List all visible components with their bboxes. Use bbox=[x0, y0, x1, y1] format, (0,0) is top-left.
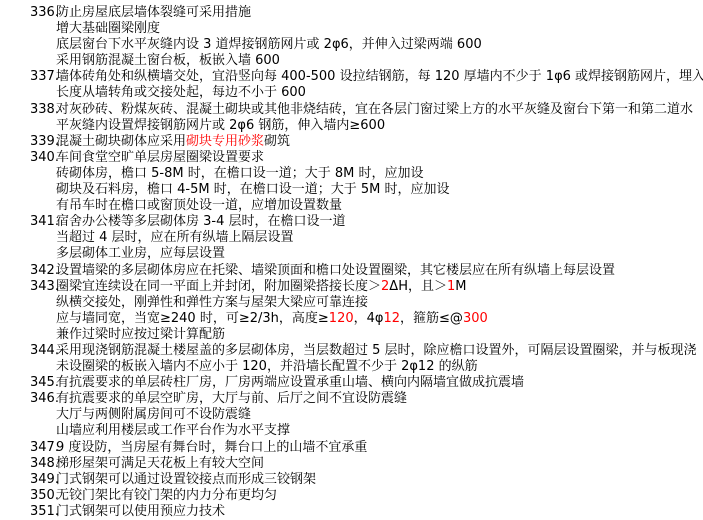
item-number: 337. bbox=[30, 69, 56, 85]
item-number: 339. bbox=[30, 134, 56, 150]
text-segment: M bbox=[455, 279, 466, 294]
item-number: 340. bbox=[30, 150, 56, 166]
numbered-list: 336.防止房屋底层墙体裂缝可采用措施增大基础圈梁刚度底层窗台下水平灰缝内设 3… bbox=[30, 5, 703, 520]
text-segment: 宿舍办公楼等多层砌体房 3-4 层时，在檐口设一道 bbox=[56, 214, 346, 229]
list-item: 337.墙体砖角处和纵横墙交处，宜沿竖向每 400-500 设拉结钢筋，每 12… bbox=[30, 69, 703, 101]
list-item-line: 349.门式钢架可以通过设置铰接点而形成三铰钢架 bbox=[30, 472, 703, 488]
list-item-line: 纵横交接处，刚弹性和弹性方案与屋架大梁应可靠连接 bbox=[30, 295, 703, 311]
list-item: 345.有抗震要求的单层砖柱厂房，厂房两端应设置承重山墙、横向内隔墙宜做成抗震墙 bbox=[30, 375, 703, 391]
text-segment: 9 度设防，当房屋有舞台时，舞台口上的山墙不宜承重 bbox=[56, 440, 367, 455]
text-segment: 多层砌体工业房，应每层设置 bbox=[56, 246, 225, 261]
list-item: 342.设置墙梁的多层砌体房应在托梁、墙梁顶面和檐口处设置圈梁，其它楼层应在所有… bbox=[30, 263, 703, 279]
text-segment: 底层窗台下水平灰缝内设 3 道焊接钢筋网片或 2φ6，并伸入过梁两端 600 bbox=[56, 37, 482, 52]
list-item-line: 340.车间食堂空旷单层房屋圈梁设置要求 bbox=[30, 150, 703, 166]
list-item-line: 应与墙同宽，当宽≥240 时，可≥2/3h，高度≥120，4φ12，箍筋≤@30… bbox=[30, 311, 703, 327]
list-item-line: 底层窗台下水平灰缝内设 3 道焊接钢筋网片或 2φ6，并伸入过梁两端 600 bbox=[30, 37, 703, 53]
list-item-line: 砖砌体房，檐口 5-8M 时，在檐口设一道；大于 8M 时，应加设 bbox=[30, 166, 703, 182]
text-segment: 砖砌体房，檐口 5-8M 时，在檐口设一道；大于 8M 时，应加设 bbox=[56, 166, 423, 181]
item-number: 342. bbox=[30, 263, 56, 279]
text-segment: 混凝土砌块砌体应采用 bbox=[56, 134, 186, 149]
list-item-line: 345.有抗震要求的单层砖柱厂房，厂房两端应设置承重山墙、横向内隔墙宜做成抗震墙 bbox=[30, 375, 703, 391]
document-page: 336.防止房屋底层墙体裂缝可采用措施增大基础圈梁刚度底层窗台下水平灰缝内设 3… bbox=[0, 0, 703, 520]
item-number: 349. bbox=[30, 472, 56, 488]
item-number: 348. bbox=[30, 456, 56, 472]
text-segment: 车间食堂空旷单层房屋圈梁设置要求 bbox=[56, 150, 264, 165]
text-segment: 平灰缝内设置焊接钢筋网片或 2φ6 钢筋，伸入墙内≥600 bbox=[56, 118, 385, 133]
list-item-line: 有吊车时在檐口或窗顶处设一道，应增加设置数量 bbox=[30, 198, 703, 214]
list-item: 339.混凝土砌块砌体应采用砌块专用砂浆砌筑 bbox=[30, 134, 703, 150]
list-item-line: 343.圈梁宜连续设在同一平面上并封闭，附加圈梁搭接长度＞2ΔH，且＞1M bbox=[30, 279, 703, 295]
text-segment: 砌筑 bbox=[264, 134, 290, 149]
list-item: 338.对灰砂砖、粉煤灰砖、混凝土砌块或其他非烧结砖，宜在各层门窗过梁上方的水平… bbox=[30, 102, 703, 134]
text-segment: 砌块及石料房，檐口 4-5M 时，在檐口设一道；大于 5M 时，应加设 bbox=[56, 182, 449, 197]
list-item-line: 多层砌体工业房，应每层设置 bbox=[30, 246, 703, 262]
list-item-line: 长度从墙转角或交接处起，每边不小于 600 bbox=[30, 85, 703, 101]
highlight-text: 300 bbox=[463, 311, 488, 326]
list-item-line: 当超过 4 层时，应在所有纵墙上隔层设置 bbox=[30, 230, 703, 246]
list-item: 351.门式钢架可以使用预应力技术 bbox=[30, 504, 703, 520]
list-item-line: 采用钢筋混凝土窗台板，板嵌入墙 600 bbox=[30, 53, 703, 69]
item-number: 338. bbox=[30, 102, 56, 118]
text-segment: 墙体砖角处和纵横墙交处，宜沿竖向每 400-500 设拉结钢筋，每 120 厚墙… bbox=[56, 69, 703, 84]
item-number: 347. bbox=[30, 440, 56, 456]
text-segment: ，4φ bbox=[354, 311, 384, 326]
list-item: 341.宿舍办公楼等多层砌体房 3-4 层时，在檐口设一道当超过 4 层时，应在… bbox=[30, 214, 703, 262]
list-item: 340.车间食堂空旷单层房屋圈梁设置要求砖砌体房，檐口 5-8M 时，在檐口设一… bbox=[30, 150, 703, 214]
list-item-line: 350.无铰门架比有铰门架的内力分布更均匀 bbox=[30, 488, 703, 504]
list-item: 343.圈梁宜连续设在同一平面上并封闭，附加圈梁搭接长度＞2ΔH，且＞1M纵横交… bbox=[30, 279, 703, 343]
highlight-text: 砌块专用砂浆 bbox=[186, 134, 264, 149]
list-item-line: 351.门式钢架可以使用预应力技术 bbox=[30, 504, 703, 520]
text-segment: 有抗震要求的单层砖柱厂房，厂房两端应设置承重山墙、横向内隔墙宜做成抗震墙 bbox=[56, 375, 524, 390]
text-segment: 采用现浇钢筋混凝土楼屋盖的多层砌体房，当层数超过 5 层时，除应檐口设置外，可隔… bbox=[56, 343, 697, 358]
item-number: 343. bbox=[30, 279, 56, 295]
list-item-line: 增大基础圈梁刚度 bbox=[30, 21, 703, 37]
highlight-text: 1 bbox=[447, 279, 455, 294]
item-number: 351. bbox=[30, 504, 56, 520]
list-item: 336.防止房屋底层墙体裂缝可采用措施增大基础圈梁刚度底层窗台下水平灰缝内设 3… bbox=[30, 5, 703, 69]
item-number: 336. bbox=[30, 5, 56, 21]
list-item-line: 平灰缝内设置焊接钢筋网片或 2φ6 钢筋，伸入墙内≥600 bbox=[30, 118, 703, 134]
text-segment: 防止房屋底层墙体裂缝可采用措施 bbox=[56, 5, 251, 20]
list-item-line: 山墙应利用楼层或工作平台作为水平支撑 bbox=[30, 423, 703, 439]
text-segment: ΔH，且＞ bbox=[389, 279, 447, 294]
list-item-line: 339.混凝土砌块砌体应采用砌块专用砂浆砌筑 bbox=[30, 134, 703, 150]
list-item: 346.有抗震要求的单层空旷房，大厅与前、后厅之间不宜设防震缝大厅与两侧附属房间… bbox=[30, 391, 703, 439]
list-item-line: 未设圈梁的板嵌入墙内不应小于 120，并沿墙长配置不少于 2φ12 的纵筋 bbox=[30, 359, 703, 375]
highlight-text: 12 bbox=[383, 311, 400, 326]
list-item: 344.采用现浇钢筋混凝土楼屋盖的多层砌体房，当层数超过 5 层时，除应檐口设置… bbox=[30, 343, 703, 375]
text-segment: 长度从墙转角或交接处起，每边不小于 600 bbox=[56, 85, 306, 100]
text-segment: 增大基础圈梁刚度 bbox=[56, 21, 160, 36]
list-item-line: 342.设置墙梁的多层砌体房应在托梁、墙梁顶面和檐口处设置圈梁，其它楼层应在所有… bbox=[30, 263, 703, 279]
list-item-line: 大厅与两侧附属房间可不设防震缝 bbox=[30, 407, 703, 423]
text-segment: 有抗震要求的单层空旷房，大厅与前、后厅之间不宜设防震缝 bbox=[56, 391, 407, 406]
item-number: 346. bbox=[30, 391, 56, 407]
list-item-line: 341.宿舍办公楼等多层砌体房 3-4 层时，在檐口设一道 bbox=[30, 214, 703, 230]
text-segment: 无铰门架比有铰门架的内力分布更均匀 bbox=[56, 488, 277, 503]
item-number: 344. bbox=[30, 343, 56, 359]
text-segment: 门式钢架可以通过设置铰接点而形成三铰钢架 bbox=[56, 472, 316, 487]
list-item: 348.梯形屋架可满足天花板上有较大空间 bbox=[30, 456, 703, 472]
text-segment: 设置墙梁的多层砌体房应在托梁、墙梁顶面和檐口处设置圈梁，其它楼层应在所有纵墙上每… bbox=[56, 263, 615, 278]
text-segment: 圈梁宜连续设在同一平面上并封闭，附加圈梁搭接长度＞ bbox=[56, 279, 381, 294]
text-segment: 未设圈梁的板嵌入墙内不应小于 120，并沿墙长配置不少于 2φ12 的纵筋 bbox=[56, 359, 478, 374]
text-segment: 纵横交接处，刚弹性和弹性方案与屋架大梁应可靠连接 bbox=[56, 295, 368, 310]
text-segment: 山墙应利用楼层或工作平台作为水平支撑 bbox=[56, 423, 290, 438]
text-segment: 大厅与两侧附属房间可不设防震缝 bbox=[56, 407, 251, 422]
text-segment: 采用钢筋混凝土窗台板，板嵌入墙 600 bbox=[56, 53, 280, 68]
list-item: 349.门式钢架可以通过设置铰接点而形成三铰钢架 bbox=[30, 472, 703, 488]
list-item-line: 337.墙体砖角处和纵横墙交处，宜沿竖向每 400-500 设拉结钢筋，每 12… bbox=[30, 69, 703, 85]
text-segment: 兼作过梁时应按过梁计算配筋 bbox=[56, 327, 225, 342]
highlight-text: 120 bbox=[329, 311, 354, 326]
text-segment: 当超过 4 层时，应在所有纵墙上隔层设置 bbox=[56, 230, 294, 245]
text-segment: 应与墙同宽，当宽≥240 时，可≥2/3h，高度≥ bbox=[56, 311, 329, 326]
item-number: 345. bbox=[30, 375, 56, 391]
list-item-line: 346.有抗震要求的单层空旷房，大厅与前、后厅之间不宜设防震缝 bbox=[30, 391, 703, 407]
list-item-line: 344.采用现浇钢筋混凝土楼屋盖的多层砌体房，当层数超过 5 层时，除应檐口设置… bbox=[30, 343, 703, 359]
list-item: 350.无铰门架比有铰门架的内力分布更均匀 bbox=[30, 488, 703, 504]
text-segment: 梯形屋架可满足天花板上有较大空间 bbox=[56, 456, 264, 471]
list-item-line: 338.对灰砂砖、粉煤灰砖、混凝土砌块或其他非烧结砖，宜在各层门窗过梁上方的水平… bbox=[30, 102, 703, 118]
text-segment: 有吊车时在檐口或窗顶处设一道，应增加设置数量 bbox=[56, 198, 342, 213]
list-item-line: 347.9 度设防，当房屋有舞台时，舞台口上的山墙不宜承重 bbox=[30, 440, 703, 456]
list-item-line: 兼作过梁时应按过梁计算配筋 bbox=[30, 327, 703, 343]
list-item-line: 348.梯形屋架可满足天花板上有较大空间 bbox=[30, 456, 703, 472]
item-number: 350. bbox=[30, 488, 56, 504]
list-item: 347.9 度设防，当房屋有舞台时，舞台口上的山墙不宜承重 bbox=[30, 440, 703, 456]
list-item-line: 砌块及石料房，檐口 4-5M 时，在檐口设一道；大于 5M 时，应加设 bbox=[30, 182, 703, 198]
item-number: 341. bbox=[30, 214, 56, 230]
text-segment: ，箍筋≤@ bbox=[400, 311, 463, 326]
list-item-line: 336.防止房屋底层墙体裂缝可采用措施 bbox=[30, 5, 703, 21]
text-segment: 门式钢架可以使用预应力技术 bbox=[56, 504, 225, 519]
text-segment: 对灰砂砖、粉煤灰砖、混凝土砌块或其他非烧结砖，宜在各层门窗过梁上方的水平灰缝及窗… bbox=[56, 102, 693, 117]
